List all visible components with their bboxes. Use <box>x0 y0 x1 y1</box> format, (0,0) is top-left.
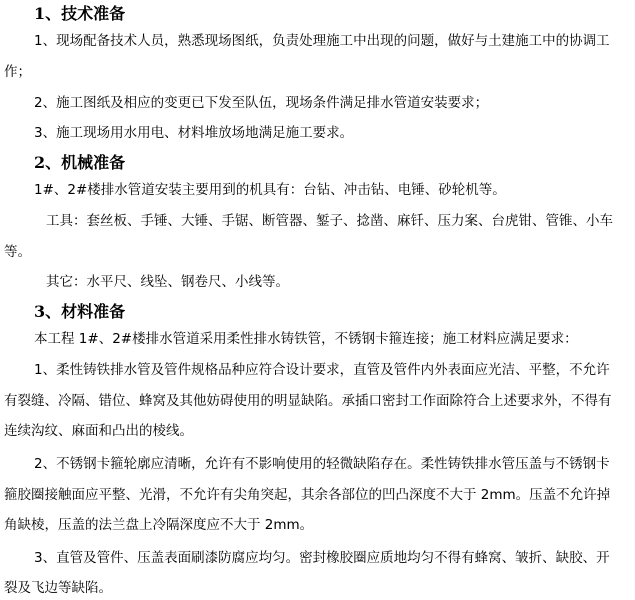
heading-tech-prep: 1、技术准备 <box>34 4 125 24</box>
paragraph-line: 本工程 1#、2#楼排水管道采用柔性排水铸铁管，不锈钢卡箍连接；施工材料应满足要… <box>34 330 578 348</box>
paragraph-line: 连续沟纹、麻面和凸出的棱线。 <box>4 422 193 440</box>
paragraph-line: 箍胶圈接触面应平整、光滑，不允许有尖角突起，其余各部位的凹凸深度不大于 2mm。… <box>4 486 610 504</box>
heading-machinery-prep: 2、机械准备 <box>34 153 125 173</box>
paragraph-line: 1#、2#楼排水管道安装主要用到的机具有：台钻、冲击钻、电锤、砂轮机等。 <box>34 181 506 199</box>
paragraph-line: 角缺棱，压盖的法兰盘上冷隔深度应不大于 2mm。 <box>4 516 313 534</box>
paragraph-line: 裂及飞边等缺陷。 <box>4 579 112 597</box>
paragraph-line: 1、现场配备技术人员，熟悉现场图纸，负责处理施工中出现的问题，做好与土建施工中的… <box>34 32 610 50</box>
paragraph-line: 3、施工现场用水用电、材料堆放场地满足施工要求。 <box>34 124 353 142</box>
heading-material-prep: 3、材料准备 <box>34 302 125 322</box>
paragraph-line: 工具：套丝板、手锤、大锤、手锯、断管器、錾子、捻凿、麻钎、压力案、台虎钳、管锥、… <box>46 212 613 230</box>
paragraph-line: 作； <box>4 63 31 81</box>
paragraph-line: 2、施工图纸及相应的变更已下发至队伍，现场条件满足排水管道安装要求； <box>34 94 488 112</box>
paragraph-line: 3、直管及管件、压盖表面刷漆防腐应均匀。密封橡胶圈应质地均匀不得有蜂窝、皱折、缺… <box>34 549 610 567</box>
paragraph-line: 等。 <box>4 243 31 261</box>
paragraph-line: 有裂缝、冷隔、错位、蜂窝及其他妨碍使用的明显缺陷。承插口密封工作面除符合上述要求… <box>4 392 612 410</box>
paragraph-line: 1、柔性铸铁排水管及管件规格品种应符合设计要求，直管及管件内外表面应光洁、平整，… <box>34 361 610 379</box>
paragraph-line: 2、不锈钢卡箍轮廓应清晰，允许有不影响使用的轻微缺陷存在。柔性铸铁排水管压盖与不… <box>34 455 610 473</box>
paragraph-line: 其它：水平尺、线坠、钢卷尺、小线等。 <box>46 273 289 291</box>
